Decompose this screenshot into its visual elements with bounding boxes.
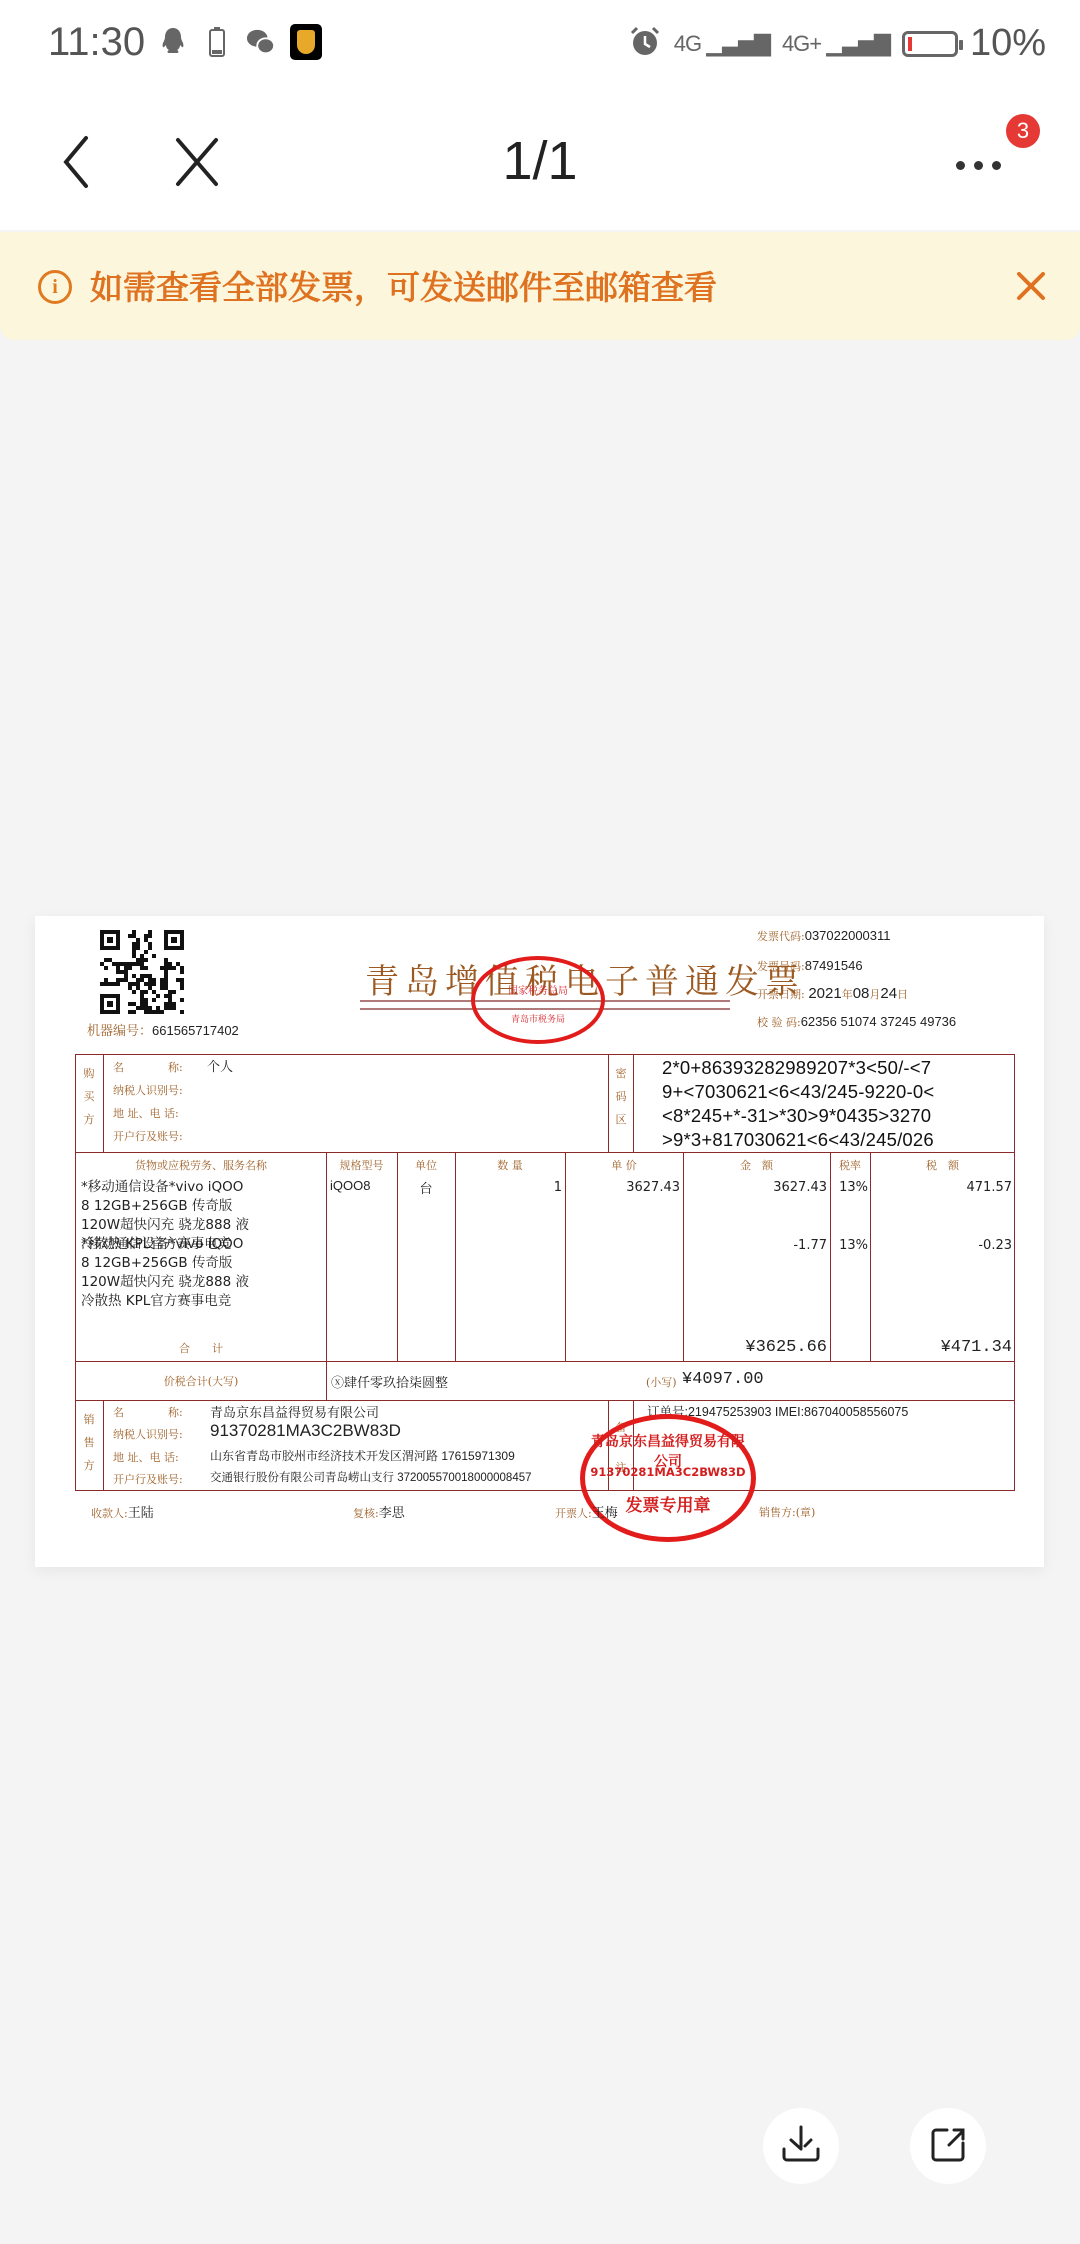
app-shield-icon [290,24,322,60]
col-header-price: 单 价 [565,1157,683,1173]
invoice-date: 开票日期: 2021年08月24日 [757,985,908,1002]
total-words-label: 价税合计(大写) [81,1373,321,1389]
col-header-tax: 税 额 [870,1157,1015,1173]
total-small-label: (小写) [646,1374,677,1390]
buyer-name: 个人 [207,1056,233,1075]
subtotal-amount: ¥3625.66 [683,1338,827,1357]
seller-bank: 交通银行股份有限公司青岛崂山支行 372005570018000008457 [210,1469,532,1485]
battery-percent: 10% [970,22,1046,65]
seller-address: 山东省青岛市胶州市经济技术开发区渭河路 17615971309 [210,1447,515,1464]
col-header-rate: 税率 [830,1157,870,1173]
buyer-name-label: 名 称: [113,1059,183,1075]
cipher-area: 2*0+86393282989207*3<50/-<7 9+<7030621<6… [662,1056,934,1152]
invoice-number: 发票号码:87491546 [757,958,863,974]
notification-icons [158,24,322,60]
phone-storage-icon [202,24,232,60]
buyer-address-label: 地 址、电 话: [113,1105,179,1121]
download-icon [780,2123,822,2169]
download-button[interactable] [763,2108,839,2184]
buyer-tax-id-label: 纳税人识别号: [113,1082,183,1098]
buyer-side-label: 购买方 [82,1062,96,1131]
notification-badge: 3 [1006,114,1040,148]
info-icon: i [38,270,72,304]
qr-code [100,930,184,1014]
item-price: 3627.43 [565,1180,680,1195]
seller-tax-id: 91370281MA3C2BW83D [210,1421,401,1441]
battery-icon [902,31,958,57]
check-code: 校 验 码:62356 51074 37245 49736 [757,1014,956,1030]
qq-icon [158,24,188,60]
seller-side-label: 销售方 [82,1408,96,1477]
notice-close-button[interactable] [1014,266,1048,306]
item-rate: 13% [830,1238,868,1253]
col-header-spec: 规格型号 [326,1157,397,1173]
signal-4g-plus-icon: 4G+ ▁▃▅▇ [782,31,890,57]
share-button[interactable] [910,2108,986,2184]
share-icon [927,2123,969,2169]
seller-address-label: 地 址、电 话: [113,1449,179,1465]
item-tax: -0.23 [870,1238,1012,1253]
system-indicators: 4G ▁▃▅▇ 4G+ ▁▃▅▇ 10% [628,22,1046,65]
item-unit: 台 [397,1178,455,1197]
seller-bank-label: 开户行及账号: [113,1471,183,1487]
issuer: 开票人:王梅 [555,1502,618,1521]
total-words: ⓧ肆仟零玖拾柒圆整 [331,1372,448,1391]
buyer-bank-label: 开户行及账号: [113,1128,183,1144]
top-nav-bar: 1/1 3 [0,90,1080,230]
machine-number: 机器编号：661565717402 [87,1020,239,1039]
item-amount: -1.77 [683,1238,827,1253]
col-header-name: 货物或应税劳务、服务名称 [81,1157,321,1173]
more-options-button[interactable] [956,150,1016,180]
subtotal-label: 合 计 [81,1340,321,1356]
reviewer: 复核:李思 [353,1502,405,1521]
invoice-document[interactable]: 机器编号：661565717402 青岛增值税电子普通发票 国家税务总局 青岛市… [35,916,1044,1567]
seller-stamp-label: 销售方:(章) [759,1504,815,1520]
item-tax: 471.57 [870,1180,1012,1195]
seller-tax-id-label: 纳税人识别号: [113,1426,183,1442]
tax-bureau-seal: 国家税务总局 青岛市税务局 [471,956,605,1044]
item-qty: 1 [455,1180,562,1195]
col-header-unit: 单位 [397,1157,455,1173]
item-rate: 13% [830,1180,868,1195]
status-bar: 11:30 4G ▁▃▅▇ 4G+ ▁▃▅▇ 10% [0,0,1080,90]
item-spec: iQOO8 [330,1178,370,1193]
total-small: ¥4097.00 [682,1370,764,1389]
wechat-icon [246,24,276,60]
signal-4g-icon: 4G ▁▃▅▇ [674,31,770,57]
notice-banner: i 如需查看全部发票，可发送邮件至邮箱查看 [0,232,1080,340]
seller-name-label: 名 称: [113,1404,183,1420]
item-name: *移动通信设备*vivo iQOO 8 12GB+256GB 传奇版 120W超… [81,1235,256,1311]
payee: 收款人:王陆 [91,1502,154,1521]
page-indicator: 1/1 [0,130,1080,192]
seller-name: 青岛京东昌益得贸易有限公司 [210,1402,379,1421]
invoice-code: 发票代码:037022000311 [757,928,891,944]
cipher-area-label: 密码区 [614,1062,628,1131]
subtotal-tax: ¥471.34 [870,1338,1012,1357]
alarm-icon [628,25,662,63]
item-amount: 3627.43 [683,1180,827,1195]
notice-text: 如需查看全部发票，可发送邮件至邮箱查看 [90,262,717,309]
col-header-amount: 金 额 [683,1157,830,1173]
col-header-qty: 数 量 [455,1157,565,1173]
status-time: 11:30 [48,20,145,65]
seller-invoice-seal: 青岛京东昌益得贸易有限公司 91370281MA3C2BW83D 发票专用章 [580,1414,756,1542]
